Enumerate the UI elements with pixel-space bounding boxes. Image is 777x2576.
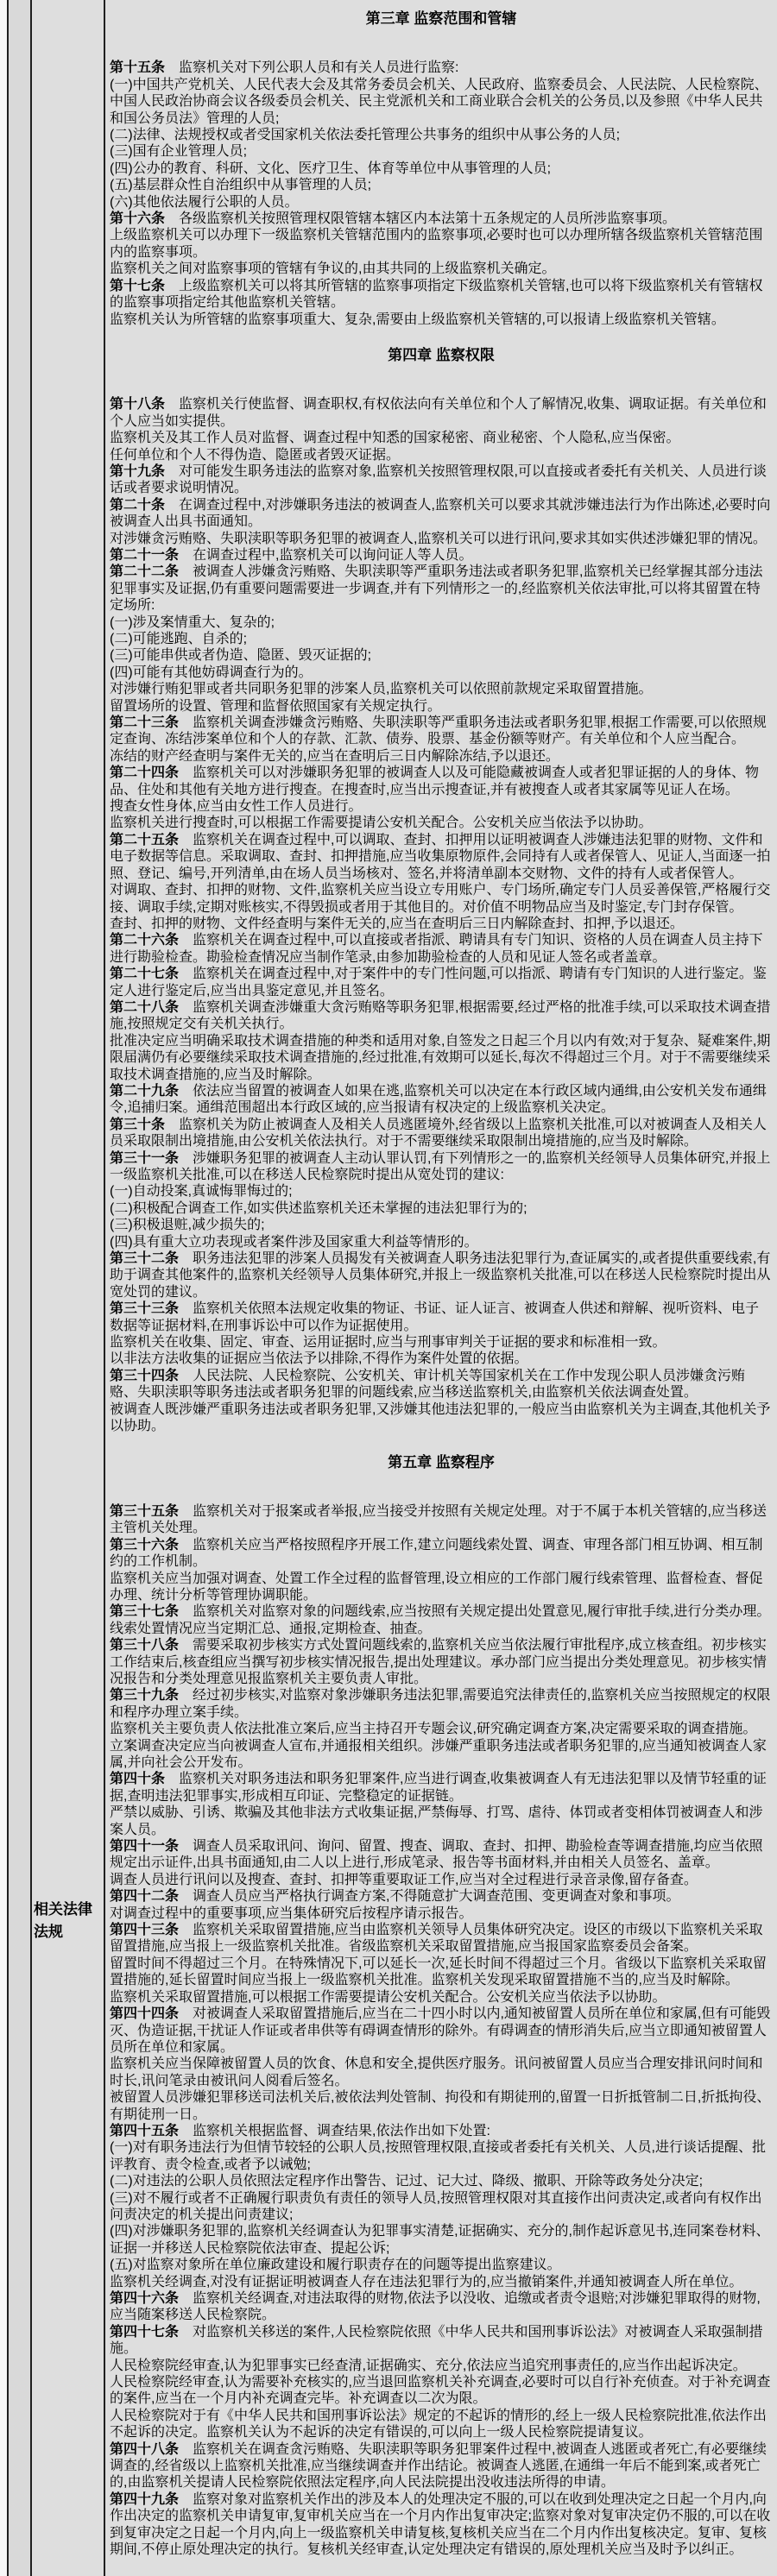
law-article-paragraph: 第二十七条 监察机关在调查过程中,对于案件中的专门性问题,可以指派、聘请有专门知…	[110, 966, 773, 999]
law-article-paragraph: 第三十二条 职务违法犯罪的涉案人员揭发有关被调查人职务违法犯罪行为,查证属实的,…	[110, 1250, 773, 1301]
article-number: 第十九条	[110, 464, 165, 479]
law-paragraph: (五)基层群众性自治组织中从事管理的人员;	[110, 177, 773, 193]
law-paragraph: 立案调查决定应当向被调查人宣布,并通报相关组织。涉嫌严重职务违法或者职务犯罪的,…	[110, 1738, 773, 1772]
law-article-paragraph: 第四十九条 监察对象对监察机关作出的涉及本人的处理决定不服的,可以在收到处理决定…	[110, 2491, 773, 2559]
law-paragraph: (三)积极退赃,减少损失的;	[110, 1217, 773, 1233]
law-paragraph: 监察机关应当加强对调查、处置工作全过程的监督管理,设立相应的工作部门履行线索管理…	[110, 1571, 773, 1604]
article-number: 第十八条	[110, 397, 165, 412]
law-article-paragraph: 第四十条 监察机关对职务违法和职务犯罪案件,应当进行调查,收集被调查人有无违法犯…	[110, 1771, 773, 1804]
law-article-paragraph: 第四十二条 调查人员应当严格执行调查方案,不得随意扩大调查范围、变更调查对象和事…	[110, 1888, 773, 1905]
article-number: 第三十条	[110, 1118, 165, 1132]
law-paragraph: (二)法律、法规授权或者受国家机关依法委托管理公共事务的组织中从事公务的人员;	[110, 127, 773, 143]
law-paragraph: 以非法方法收集的证据应当依法予以排除,不得作为案件处置的依据。	[110, 1351, 773, 1367]
law-article-paragraph: 第三十三条 监察机关依照本法规定收集的物证、书证、证人证言、被调查人供述和辩解、…	[110, 1301, 773, 1334]
article-number: 第二十九条	[110, 1084, 179, 1099]
law-paragraph: (三)对不履行或者不正确履行职责负有责任的领导人员,按照管理权限对其直接作出问责…	[110, 2190, 773, 2224]
law-paragraph: 留置时间不得超过三个月。在特殊情况下,可以延长一次,延长时间不得超过三个月。省级…	[110, 1956, 773, 1989]
sidebar-category-column: 相关法律法规	[32, 0, 104, 2576]
law-paragraph: 批准决定应当明确采取技术调查措施的种类和适用对象,自签发之日起三个月以内有效;对…	[110, 1033, 773, 1083]
law-article-paragraph: 第三十七条 监察机关对监察对象的问题线索,应当按照有关规定提出处置意见,履行审批…	[110, 1603, 773, 1637]
article-number: 第二十七条	[110, 967, 179, 981]
law-paragraph: 监察机关认为所管辖的监察事项重大、复杂,需要由上级监察机关管辖的,可以报请上级监…	[110, 312, 773, 328]
law-paragraph: 任何单位和个人不得伪造、隐匿或者毁灭证据。	[110, 447, 773, 463]
law-paragraph: 监察机关经调查,对没有证据证明被调查人存在违法犯罪行为的,应当撤销案件,并通知被…	[110, 2274, 773, 2290]
law-paragraph: 监察机关采取留置措施,可以根据工作需要提请公安机关配合。公安机关应当依法予以协助…	[110, 1989, 773, 2006]
article-number: 第四十四条	[110, 2006, 179, 2021]
article-number: 第三十九条	[110, 1688, 179, 1703]
law-paragraph: (三)国有企业管理人员;	[110, 143, 773, 160]
law-paragraph: 监察机关主要负责人依法批准立案后,应当主持召开专题会议,研究确定调查方案,决定需…	[110, 1721, 773, 1737]
law-paragraph: 对调查过程中的重要事项,应当集体研究后按程序请示报告。	[110, 1905, 773, 1922]
article-number: 第二十五条	[110, 833, 179, 847]
law-article-paragraph: 第四十三条 监察机关采取留置措施,应当由监察机关领导人员集体研究决定。设区的市级…	[110, 1922, 773, 1956]
article-number: 第二十四条	[110, 765, 179, 780]
law-paragraph: 冻结的财产经查明与案件无关的,应当在查明后三日内解除冻结,予以退还。	[110, 748, 773, 765]
article-number: 第四十九条	[110, 2492, 179, 2507]
article-number: 第四十一条	[110, 1839, 179, 1854]
article-number: 第四十六条	[110, 2291, 179, 2306]
chapter-heading: 第五章 监察程序	[110, 1454, 773, 1471]
law-article-paragraph: 第十五条 监察机关对下列公职人员和有关人员进行监察:	[110, 60, 773, 76]
law-article-paragraph: 第四十一条 调查人员采取讯问、询问、留置、搜查、调取、查封、扣押、勘验检查等调查…	[110, 1838, 773, 1872]
law-article-paragraph: 第二十条 在调查过程中,对涉嫌职务违法的被调查人,监察机关可以要求其就涉嫌违法行…	[110, 497, 773, 531]
law-article-paragraph: 第四十七条 对监察机关移送的案件,人民检察院依照《中华人民共和国刑事诉讼法》对被…	[110, 2324, 773, 2358]
law-article-paragraph: 第十八条 监察机关行使监督、调查职权,有权依法向有关单位和个人了解情况,收集、调…	[110, 396, 773, 430]
article-number: 第四十三条	[110, 1923, 179, 1937]
law-paragraph: 被调查人既涉嫌严重职务违法或者职务犯罪,又涉嫌其他违法犯罪的,一般应当由监察机关…	[110, 1401, 773, 1435]
law-article-paragraph: 第二十八条 监察机关调查涉嫌重大贪污贿赂等职务犯罪,根据需要,经过严格的批准手续…	[110, 999, 773, 1033]
law-article-paragraph: 第三十九条 经过初步核实,对监察对象涉嫌职务违法犯罪,需要追究法律责任的,监察机…	[110, 1687, 773, 1721]
law-paragraph: (五)对监察对象所在单位廉政建设和履行职责存在的问题等提出监察建议。	[110, 2257, 773, 2273]
law-paragraph: 监察机关在收集、固定、审查、运用证据时,应当与刑事审判关于证据的要求和标准相一致…	[110, 1334, 773, 1351]
law-paragraph: 监察机关及其工作人员对监督、调查过程中知悉的国家秘密、商业秘密、个人隐私,应当保…	[110, 430, 773, 446]
article-number: 第四十五条	[110, 2124, 179, 2138]
article-number: 第四十七条	[110, 2325, 179, 2340]
article-number: 第十七条	[110, 279, 165, 293]
law-paragraph: 查封、扣押的财物、文件经查明与案件无关的,应当在查明后三日内解除查封、扣押,予以…	[110, 916, 773, 932]
law-content: 第三章 监察范围和管辖第十五条 监察机关对下列公职人员和有关人员进行监察:(一)…	[105, 0, 777, 2576]
law-paragraph: 被留置人员涉嫌犯罪移送司法机关后,被依法判处管制、拘役和有期徒刑的,留置一日折抵…	[110, 2089, 773, 2123]
law-article-paragraph: 第四十八条 监察机关在调查贪污贿赂、失职渎职等职务犯罪案件过程中,被调查人逃匿或…	[110, 2441, 773, 2491]
law-paragraph: 监察机关之间对监察事项的管辖有争议的,由其共同的上级监察机关确定。	[110, 261, 773, 277]
law-article-paragraph: 第十九条 对可能发生职务违法的监察对象,监察机关按照管理权限,可以直接或者委托有…	[110, 463, 773, 497]
article-number: 第三十八条	[110, 1638, 179, 1653]
law-paragraph: 监察机关进行搜查时,可以根据工作需要提请公安机关配合。公安机关应当依法予以协助。	[110, 815, 773, 831]
article-number: 第四十条	[110, 1772, 165, 1786]
law-paragraph: (一)自动投案,真诚悔罪悔过的;	[110, 1183, 773, 1200]
chapter-heading: 第四章 监察权限	[110, 347, 773, 363]
law-article-paragraph: 第三十六条 监察机关应当严格按照程序开展工作,建立问题线索处置、调查、审理各部门…	[110, 1537, 773, 1571]
law-article-paragraph: 第四十四条 对被调查人采取留置措施后,应当在二十四小时以内,通知被留置人员所在单…	[110, 2006, 773, 2056]
article-number: 第三十三条	[110, 1301, 179, 1316]
law-paragraph: 搜查女性身体,应当由女性工作人员进行。	[110, 798, 773, 815]
page-root: 相关法律法规 第三章 监察范围和管辖第十五条 监察机关对下列公职人员和有关人员进…	[0, 0, 777, 2576]
article-number: 第二十八条	[110, 1000, 179, 1015]
law-article-paragraph: 第十六条 各级监察机关按照管理权限管辖本辖区内本法第十五条规定的人员所涉监察事项…	[110, 211, 773, 227]
law-paragraph: 人民检察院对于有《中华人民共和国刑事诉讼法》规定的不起诉的情形的,经上一级人民检…	[110, 2408, 773, 2441]
law-paragraph: (一)中国共产党机关、人民代表大会及其常务委员会机关、人民政府、监察委员会、人民…	[110, 77, 773, 127]
law-article-paragraph: 第四十六条 监察机关经调查,对违法取得的财物,依法予以没收、追缴或者责令退赔;对…	[110, 2290, 773, 2324]
law-article-paragraph: 第三十五条 监察机关对于报案或者举报,应当接受并按照有关规定处理。对于不属于本机…	[110, 1503, 773, 1537]
law-article-paragraph: 第三十一条 涉嫌职务犯罪的被调查人主动认罪认罚,有下列情形之一的,监察机关经领导…	[110, 1150, 773, 1184]
article-number: 第二十六条	[110, 933, 179, 948]
article-number: 第二十三条	[110, 715, 179, 730]
article-number: 第十六条	[110, 211, 165, 226]
chapter-heading: 第三章 监察范围和管辖	[110, 10, 773, 27]
law-paragraph: (四)公办的教育、科研、文化、医疗卫生、体育等单位中从事管理的人员;	[110, 161, 773, 177]
law-paragraph: 对涉嫌贪污贿赂、失职渎职等职务犯罪的被调查人,监察机关可以进行讯问,要求其如实供…	[110, 531, 773, 547]
law-article-paragraph: 第十七条 上级监察机关可以将其所管辖的监察事项指定下级监察机关管辖,也可以将下级…	[110, 278, 773, 312]
law-paragraph: (一)对有职务违法行为但情节较轻的公职人员,按照管理权限,直接或者委托有关机关、…	[110, 2139, 773, 2173]
law-article-paragraph: 第三十八条 需要采取初步核实方式处置问题线索的,监察机关应当依法履行审批程序,成…	[110, 1637, 773, 1687]
article-number: 第三十六条	[110, 1538, 179, 1553]
law-paragraph: 对调取、查封、扣押的财物、文件,监察机关应当设立专用账户、专门场所,确定专门人员…	[110, 882, 773, 916]
sidebar-label-related-laws: 相关法律法规	[34, 1899, 103, 1943]
law-paragraph: (三)可能串供或者伪造、隐匿、毁灭证据的;	[110, 647, 773, 664]
law-paragraph: (一)涉及案情重大、复杂的;	[110, 614, 773, 631]
law-article-paragraph: 第二十一条 在调查过程中,监察机关可以询问证人等人员。	[110, 547, 773, 564]
article-number: 第二十一条	[110, 548, 179, 563]
law-article-paragraph: 第三十四条 人民法院、人民检察院、公安机关、审计机关等国家机关在工作中发现公职人…	[110, 1368, 773, 1401]
article-number: 第四十二条	[110, 1889, 179, 1904]
article-number: 第三十一条	[110, 1151, 179, 1166]
law-article-paragraph: 第四十五条 监察机关根据监督、调查结果,依法作出如下处置:	[110, 2123, 773, 2139]
law-paragraph: 人民检察院经审查,认为需要补充核实的,应当退回监察机关补充调查,必要时可以自行补…	[110, 2374, 773, 2408]
article-number: 第二十条	[110, 498, 165, 513]
article-number: 第三十五条	[110, 1504, 179, 1519]
law-paragraph: 严禁以威胁、引诱、欺骗及其他非法方式收集证据,严禁侮辱、打骂、虐待、体罚或者变相…	[110, 1804, 773, 1838]
law-paragraph: (六)其他依法履行公职的人员。	[110, 194, 773, 211]
law-article-paragraph: 第二十二条 被调查人涉嫌贪污贿赂、失职渎职等严重职务违法或者职务犯罪,监察机关已…	[110, 564, 773, 614]
law-article-paragraph: 第二十六条 监察机关在调查过程中,可以直接或者指派、聘请具有专门知识、资格的人员…	[110, 932, 773, 966]
article-number: 第三十二条	[110, 1251, 179, 1266]
law-paragraph: 对涉嫌行贿犯罪或者共同职务犯罪的涉案人员,监察机关可以依照前款规定采取留置措施。	[110, 681, 773, 697]
law-article-paragraph: 第二十三条 监察机关调查涉嫌贪污贿赂、失职渎职等严重职务违法或者职务犯罪,根据工…	[110, 715, 773, 748]
law-paragraph: 上级监察机关可以办理下一级监察机关管辖范围内的监察事项,必要时也可以办理所辖各级…	[110, 227, 773, 261]
law-article-paragraph: 第二十九条 依法应当留置的被调查人如果在逃,监察机关可以决定在本行政区域内通缉,…	[110, 1083, 773, 1117]
article-number: 第三十四条	[110, 1369, 179, 1383]
law-paragraph: (四)具有重大立功表现或者案件涉及国家重大利益等情形的。	[110, 1234, 773, 1250]
law-paragraph: (二)对违法的公职人员依照法定程序作出警告、记过、记大过、降级、撤职、开除等政务…	[110, 2173, 773, 2189]
article-number: 第四十八条	[110, 2442, 179, 2457]
left-gutter	[0, 0, 7, 2576]
law-paragraph: (二)可能逃跑、自杀的;	[110, 631, 773, 647]
article-number: 第三十七条	[110, 1604, 179, 1619]
law-paragraph: 监察机关应当保障被留置人员的饮食、休息和安全,提供医疗服务。讯问被留置人员应当合…	[110, 2056, 773, 2089]
law-article-paragraph: 第二十四条 监察机关可以对涉嫌职务犯罪的被调查人以及可能隐藏被调查人或者犯罪证据…	[110, 765, 773, 798]
law-paragraph: 留置场所的设置、管理和监督依照国家有关规定执行。	[110, 698, 773, 715]
law-paragraph: 人民检察院经审查,认为犯罪事实已经查清,证据确实、充分,依法应当追究刑事责任的,…	[110, 2358, 773, 2374]
law-paragraph: (四)对涉嫌职务犯罪的,监察机关经调查认为犯罪事实清楚,证据确实、充分的,制作起…	[110, 2223, 773, 2257]
law-article-paragraph: 第二十五条 监察机关在调查过程中,可以调取、查封、扣押用以证明被调查人涉嫌违法犯…	[110, 832, 773, 882]
law-paragraph: 调查人员进行讯问以及搜查、查封、扣押等重要取证工作,应当对全过程进行录音录像,留…	[110, 1872, 773, 1888]
law-article-paragraph: 第三十条 监察机关为防止被调查人及相关人员逃匿境外,经省级以上监察机关批准,可以…	[110, 1117, 773, 1150]
law-paragraph: (二)积极配合调查工作,如实供述监察机关还未掌握的违法犯罪行为的;	[110, 1200, 773, 1217]
left-spacer-column	[9, 0, 30, 2576]
article-number: 第二十二条	[110, 564, 179, 579]
article-number: 第十五条	[110, 60, 165, 75]
law-paragraph: (四)可能有其他妨碍调查行为的。	[110, 664, 773, 681]
